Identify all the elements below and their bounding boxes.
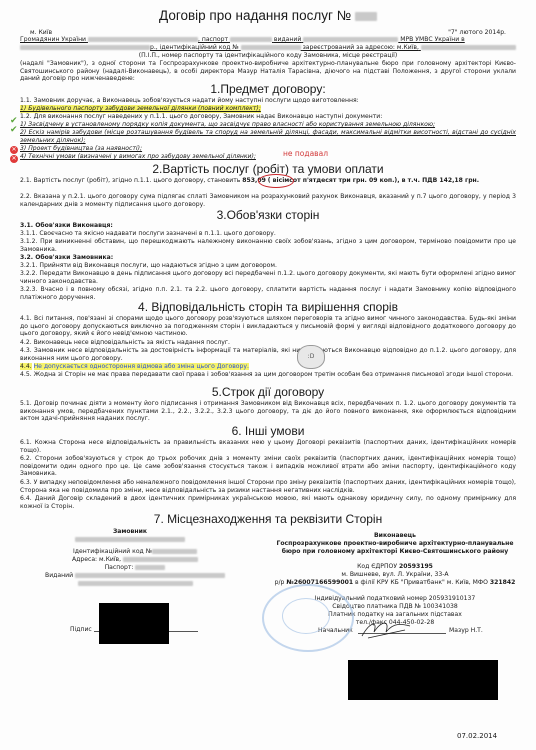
footer-date: 07.02.2014 (457, 733, 497, 741)
contractor-name: Госпрозрахункове проектно-виробниче архі… (270, 540, 520, 555)
redacted-signature-block (99, 603, 169, 644)
document-item-4: 4) Технічні умови (визначені у вимогах п… (20, 153, 256, 161)
customer-name-redacted (40, 536, 220, 544)
clause-6-4: 6.4. Даний Договір складений в двох іден… (20, 495, 516, 510)
clause-3-1-2: 3.1.2. При виникненні обставин, що переш… (20, 238, 516, 253)
contractor-address: м. Вишневе, вул. Л. України, 33-А (270, 571, 520, 579)
clause-3-2-3: 3.2.3. Вчасно і в повному обсязі, згідно… (20, 286, 516, 301)
contractor-signatory: Мазур Н.Т. (449, 627, 483, 635)
customer-id: Ідентифікаційний код № (30, 548, 240, 556)
preamble-caption: (П.І.П., номер паспорту та ідентифікацій… (0, 52, 536, 60)
section-1-title: 1.Предмет договору: (0, 82, 536, 96)
clause-4-3: 4.3. Замовник несе відповідальність за д… (20, 347, 516, 362)
clause-1-1: 1.1. Замовник доручає, а Виконавець зобо… (20, 97, 359, 105)
contractor-heading: Виконавець (270, 532, 520, 540)
clause-1-2: 1.2. Для виконання послуг наведених у п.… (20, 113, 382, 121)
clause-3-1-heading: 3.1. Обов'язки Виконавця: (20, 222, 113, 230)
customer-issued-cont (30, 580, 240, 588)
troll-face-sticker: :D (297, 345, 325, 369)
clause-6-1: 6.1. Кожна Сторона несе відповідальність… (20, 439, 516, 454)
document-title: Договір про надання послуг № (0, 8, 536, 23)
clause-3-2-heading: 3.2. Обов'язки Замовника: (20, 254, 113, 262)
clause-3-2-1: 3.2.1. Прийняти від Виконавця послуги, щ… (20, 262, 277, 270)
customer-sign-label: Підпис (70, 626, 92, 634)
document-item-2: 2) Ескіз намірів забудови (місце розташу… (20, 129, 516, 144)
clause-6-2: 6.2. Сторони зобов'язуються у строк до т… (20, 455, 516, 478)
clause-6-3: 6.3. У випадку неповідомлення або ненале… (20, 479, 516, 494)
clause-3-1-1: 3.1.1. Своєчасно та якісно надавати посл… (20, 230, 276, 238)
document-item-3: 3) Проект будівництва (за наявності); (20, 145, 142, 153)
customer-heading: Замовник (40, 528, 220, 536)
redacted-block (348, 660, 498, 700)
redacted-contract-number (355, 12, 377, 21)
customer-issued: Виданий (30, 572, 240, 580)
handwritten-signature (360, 618, 420, 640)
clause-3-2-2: 3.2.2. Передати Виконавцю в день підписа… (20, 270, 516, 285)
contract-page: Договір про надання послуг № м. Київ "7"… (0, 0, 536, 750)
clause-4-2: 4.2. Виконавець несе відповідальність за… (20, 339, 230, 347)
preamble-line1: Громадянин України , паспорт виданий МРВ… (20, 36, 516, 44)
preamble-body: (надалі "Замовник"), з одної сторони та … (20, 60, 516, 83)
clause-1-1-item: 1) Будівельного паспорту забудови земель… (20, 105, 261, 113)
cross-icon: ✕ (10, 146, 18, 154)
check-icon: ✔ (10, 125, 18, 135)
preamble-line2: р., ідентифікаційний код № зареєстровани… (20, 44, 516, 52)
customer-passport: Паспорт: (30, 564, 240, 572)
section-3-title: 3.Обов'язки сторін (0, 208, 536, 222)
official-stamp-inner (282, 598, 330, 634)
section-4-title: 4. Відповідальність сторін та вирішення … (0, 300, 536, 314)
customer-address: Адреса: м.Київ, (30, 556, 240, 564)
amount-circle-annotation (258, 174, 294, 188)
clause-5-1: 5.1. Договір починає діяти з моменту йог… (20, 400, 516, 423)
contractor-edrpou: Код ЄДРПОУ 20593195 (270, 563, 520, 571)
section-6-title: 6. Інші умови (0, 424, 536, 438)
section-5-title: 5.Строк дії договору (0, 385, 536, 399)
clause-4-5: 4.5. Жодна зі Сторін не має права переда… (20, 371, 516, 379)
document-item-1: 1) Засвідчену в установленому порядку ко… (20, 121, 435, 129)
annotation-not-submitted: не подавал (283, 150, 328, 158)
clause-4-1: 4.1. Всі питання, пов'язані зі спорами щ… (20, 315, 516, 338)
clause-4-4: 4.4. Не допускається одностороння відмов… (20, 363, 249, 371)
section-7-title: 7. Місцезнаходження та реквізити Сторін (0, 512, 536, 526)
clause-2-2: 2.2. Вказана у п.2.1. цього договору сум… (20, 193, 516, 208)
